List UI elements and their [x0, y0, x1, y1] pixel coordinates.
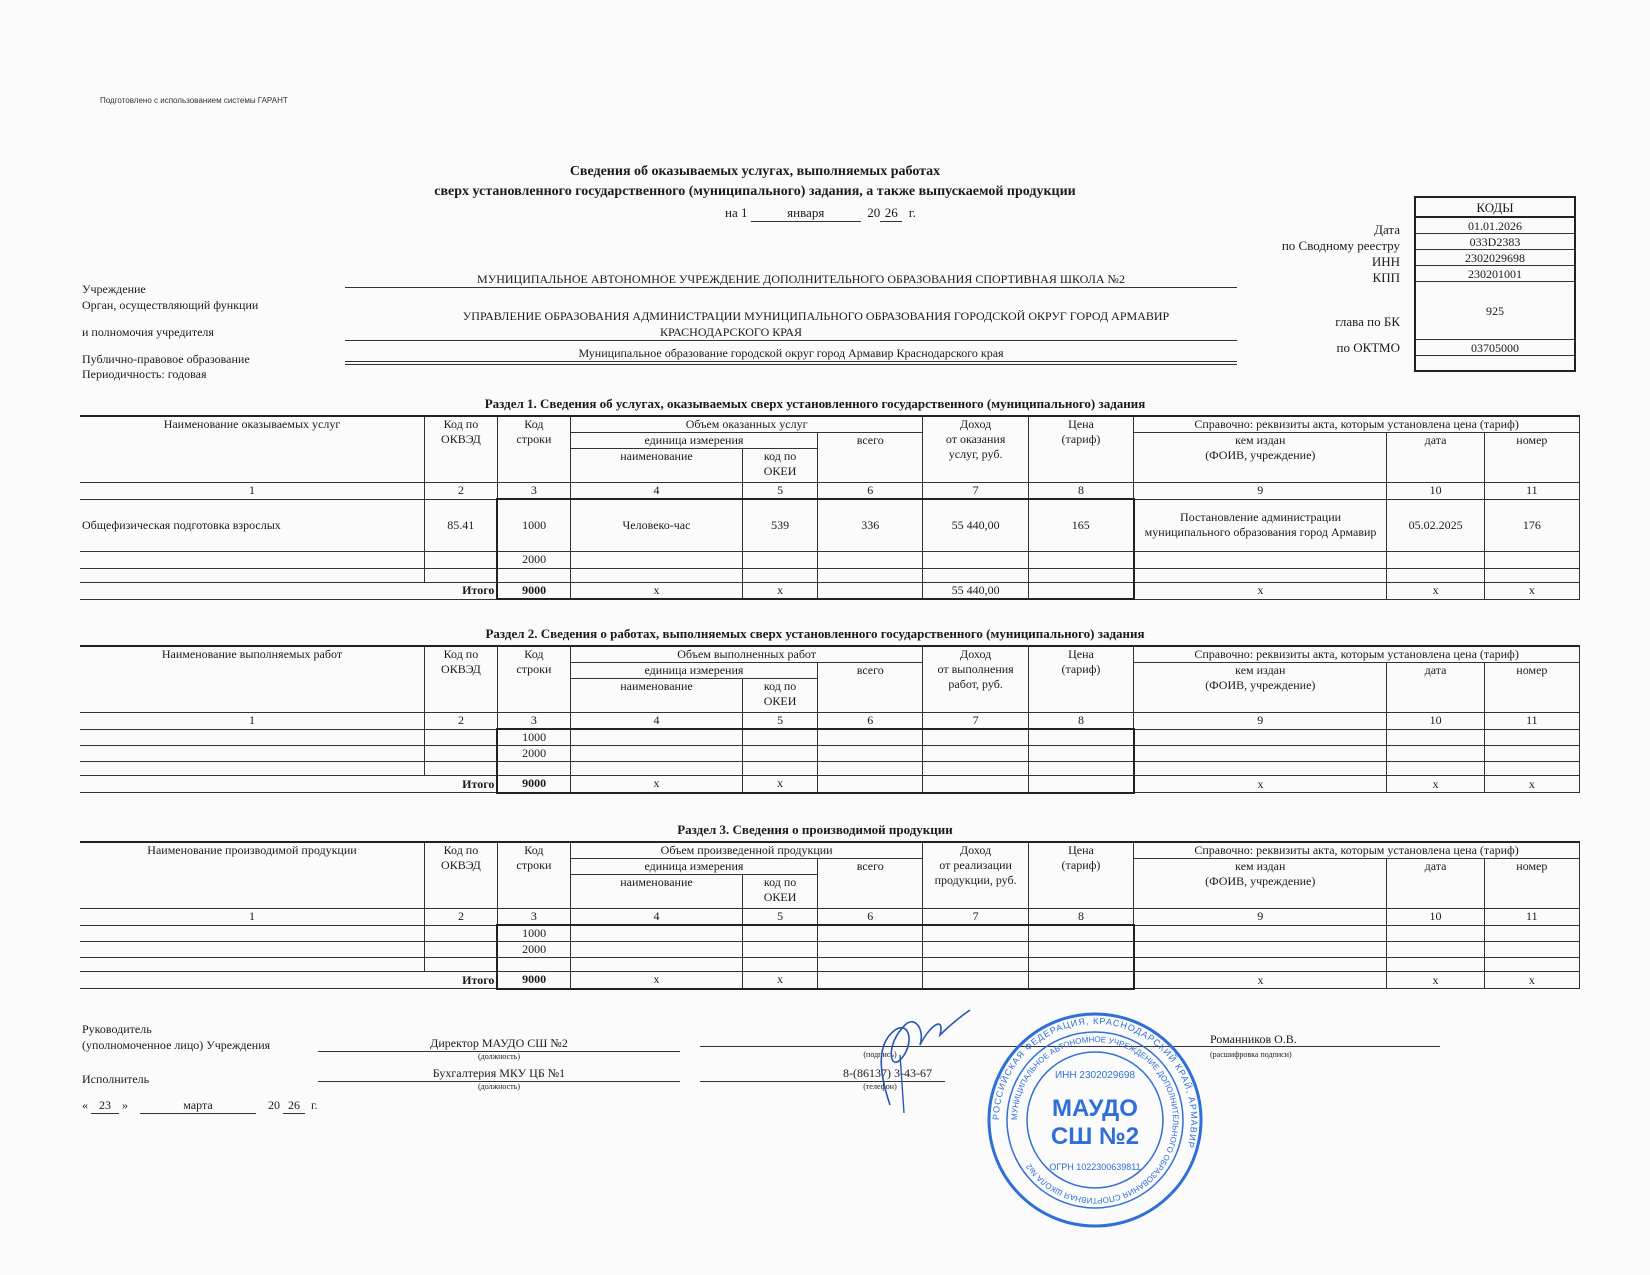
svg-text:ИНН 2302029698: ИНН 2302029698 [1055, 1070, 1135, 1081]
head-position: Директор МАУДО СШ №2 [318, 1036, 680, 1052]
table-row: 1000 [80, 729, 1580, 746]
col-okei-header: код поОКЕИ [743, 875, 818, 909]
sign-year: 26 [283, 1098, 305, 1114]
codes-box: КОДЫ 01.01.2026 033D2383 2302029698 2302… [1414, 196, 1576, 372]
code-label-oktmo: по ОКТМО [1337, 340, 1400, 356]
col-okei-header: код поОКЕИ [743, 449, 818, 483]
col-date-header: дата [1387, 433, 1484, 483]
code-label-date: Дата [1374, 222, 1400, 238]
col-ref-header: Справочно: реквизиты акта, которым устан… [1134, 842, 1580, 859]
code-label-kpp: КПП [1373, 270, 1400, 286]
col-okved-header: Код поОКВЭД [424, 842, 497, 909]
section-2-table: Наименование выполняемых работ Код поОКВ… [80, 645, 1580, 794]
col-number-header: номер [1484, 663, 1579, 713]
code-registry: 033D2383 [1416, 234, 1574, 250]
col-unit-header: единица измерения [570, 663, 817, 679]
report-date: на 1 января 2026 г. [725, 205, 916, 222]
total-row: Итого 9000 х х х х х [80, 776, 1580, 793]
handwritten-signature [870, 1005, 980, 1115]
section-1-table: Наименование оказываемых услуг Код поОКВ… [80, 415, 1580, 600]
executor-label: Исполнитель [82, 1072, 149, 1087]
col-ref-header: Справочно: реквизиты акта, которым устан… [1134, 646, 1580, 663]
svg-text:МАУДО: МАУДО [1052, 1095, 1138, 1122]
col-line-code-header: Кодстроки [497, 416, 570, 483]
col-issuer-header: кем издан(ФОИВ, учреждение) [1134, 663, 1387, 713]
column-numbers-row: 1 2 3 4 5 6 7 8 9 10 11 [80, 909, 1580, 926]
table-row: 2000 [80, 551, 1580, 568]
code-inn: 2302029698 [1416, 250, 1574, 266]
section-3-table: Наименование производимой продукции Код … [80, 841, 1580, 990]
date-prefix: на 1 [725, 205, 747, 220]
code-label-inn: ИНН [1372, 254, 1400, 270]
col-price-header: Цена(тариф) [1028, 842, 1133, 909]
col-unit-name-header: наименование [570, 679, 742, 713]
col-income-header: Доходот реализациипродукции, руб. [923, 842, 1028, 909]
col-volume-header: Объем оказанных услуг [570, 416, 923, 433]
founder-label-2: и полномочия учредителя [82, 325, 214, 340]
code-kpp: 230201001 [1416, 266, 1574, 282]
public-entity-value: Муниципальное образование городской окру… [345, 346, 1237, 362]
founder-value: УПРАВЛЕНИЕ ОБРАЗОВАНИЯ АДМИНИСТРАЦИИ МУН… [345, 308, 1237, 341]
executor-position: Бухгалтерия МКУ ЦБ №1 [318, 1066, 680, 1082]
code-date: 01.01.2026 [1416, 218, 1574, 234]
year-prefix: 20 [867, 205, 880, 220]
col-okved-header: Код поОКВЭД [424, 416, 497, 483]
sign-date: « 23 » марта 20 26 г. [82, 1098, 318, 1114]
document-title-line-2: сверх установленного государственного (м… [0, 184, 1580, 200]
col-line-code-header: Кодстроки [497, 646, 570, 713]
col-volume-header: Объем произведенной продукции [570, 842, 923, 859]
code-empty [1416, 356, 1574, 370]
head-label-2: (уполномоченное лицо) Учреждения [82, 1038, 270, 1053]
founder-label-1: Орган, осуществляющий функции [82, 298, 258, 313]
executor-position-caption: (должность) [318, 1082, 680, 1091]
official-stamp: РОССИЙСКАЯ ФЕДЕРАЦИЯ, КРАСНОДАРСКИЙ КРАЙ… [985, 1010, 1205, 1230]
founder-value-line-1: УПРАВЛЕНИЕ ОБРАЗОВАНИЯ АДМИНИСТРАЦИИ МУН… [345, 308, 1237, 324]
svg-text:СШ №2: СШ №2 [1051, 1123, 1139, 1150]
position-caption: (должность) [318, 1052, 680, 1061]
institution-label: Учреждение [82, 282, 146, 297]
svg-text:ОГРН 1022300639811: ОГРН 1022300639811 [1049, 1162, 1140, 1172]
col-date-header: дата [1387, 859, 1484, 909]
section-3-title: Раздел 3. Сведения о производимой продук… [0, 822, 1640, 838]
code-label-bk: глава по БК [1335, 314, 1400, 330]
table-row: Общефизическая подготовка взрослых 85.41… [80, 499, 1580, 551]
public-entity-label: Публично-правовое образование [82, 352, 250, 367]
section-2-title: Раздел 2. Сведения о работах, выполняемы… [0, 626, 1640, 642]
sign-month: марта [140, 1098, 256, 1114]
code-label-registry: по Сводному реестру [1282, 238, 1400, 254]
col-name-header: Наименование оказываемых услуг [80, 416, 424, 483]
col-price-header: Цена(тариф) [1028, 646, 1133, 713]
table-row: 2000 [80, 746, 1580, 762]
col-income-header: Доходот оказанияуслуг, руб. [923, 416, 1028, 483]
report-year: 26 [880, 205, 902, 222]
col-unit-header: единица измерения [570, 859, 817, 875]
col-issuer-header: кем издан(ФОИВ, учреждение) [1134, 859, 1387, 909]
document-title-line-1: Сведения об оказываемых услугах, выполня… [0, 164, 1580, 180]
col-issuer-header: кем издан(ФОИВ, учреждение) [1134, 433, 1387, 483]
col-name-header: Наименование производимой продукции [80, 842, 424, 909]
institution-value: МУНИЦИПАЛЬНОЕ АВТОНОМНОЕ УЧРЕЖДЕНИЕ ДОПО… [345, 272, 1237, 288]
col-number-header: номер [1484, 859, 1579, 909]
col-total-header: всего [818, 663, 923, 713]
col-unit-name-header: наименование [570, 875, 742, 909]
col-okei-header: код поОКЕИ [743, 679, 818, 713]
code-oktmo: 03705000 [1416, 340, 1574, 356]
codes-header: КОДЫ [1416, 198, 1574, 218]
col-total-header: всего [818, 859, 923, 909]
column-numbers-row: 1 2 3 4 5 6 7 8 9 10 11 [80, 483, 1580, 500]
year-unit: г. [909, 205, 916, 220]
code-bk: 925 [1416, 282, 1574, 340]
total-row: Итого 9000 х х 55 440,00 х х х [80, 582, 1580, 599]
col-line-code-header: Кодстроки [497, 842, 570, 909]
col-unit-header: единица измерения [570, 433, 817, 449]
head-label-1: Руководитель [82, 1022, 152, 1037]
col-number-header: номер [1484, 433, 1579, 483]
col-name-header: Наименование выполняемых работ [80, 646, 424, 713]
garant-note: Подготовлено с использованием системы ГА… [100, 96, 288, 105]
name-caption: (расшифровка подписи) [1210, 1050, 1292, 1059]
col-ref-header: Справочно: реквизиты акта, которым устан… [1134, 416, 1580, 433]
section-1-title: Раздел 1. Сведения об услугах, оказываем… [0, 396, 1640, 412]
founder-value-line-2: КРАСНОДАРСКОГО КРАЯ [345, 324, 1237, 340]
col-price-header: Цена(тариф) [1028, 416, 1133, 483]
table-row: 2000 [80, 942, 1580, 958]
total-row: Итого 9000 х х х х х [80, 972, 1580, 989]
col-income-header: Доходот выполненияработ, руб. [923, 646, 1028, 713]
col-date-header: дата [1387, 663, 1484, 713]
column-numbers-row: 1 2 3 4 5 6 7 8 9 10 11 [80, 713, 1580, 730]
divider [345, 364, 1237, 365]
report-month: января [751, 205, 861, 222]
col-okved-header: Код поОКВЭД [424, 646, 497, 713]
col-volume-header: Объем выполненных работ [570, 646, 923, 663]
table-row: 1000 [80, 925, 1580, 942]
col-unit-name-header: наименование [570, 449, 742, 483]
periodicity: Периодичность: годовая [82, 367, 206, 382]
head-name: Романников О.В. [1210, 1032, 1297, 1047]
sign-day: 23 [91, 1098, 119, 1114]
col-total-header: всего [818, 433, 923, 483]
